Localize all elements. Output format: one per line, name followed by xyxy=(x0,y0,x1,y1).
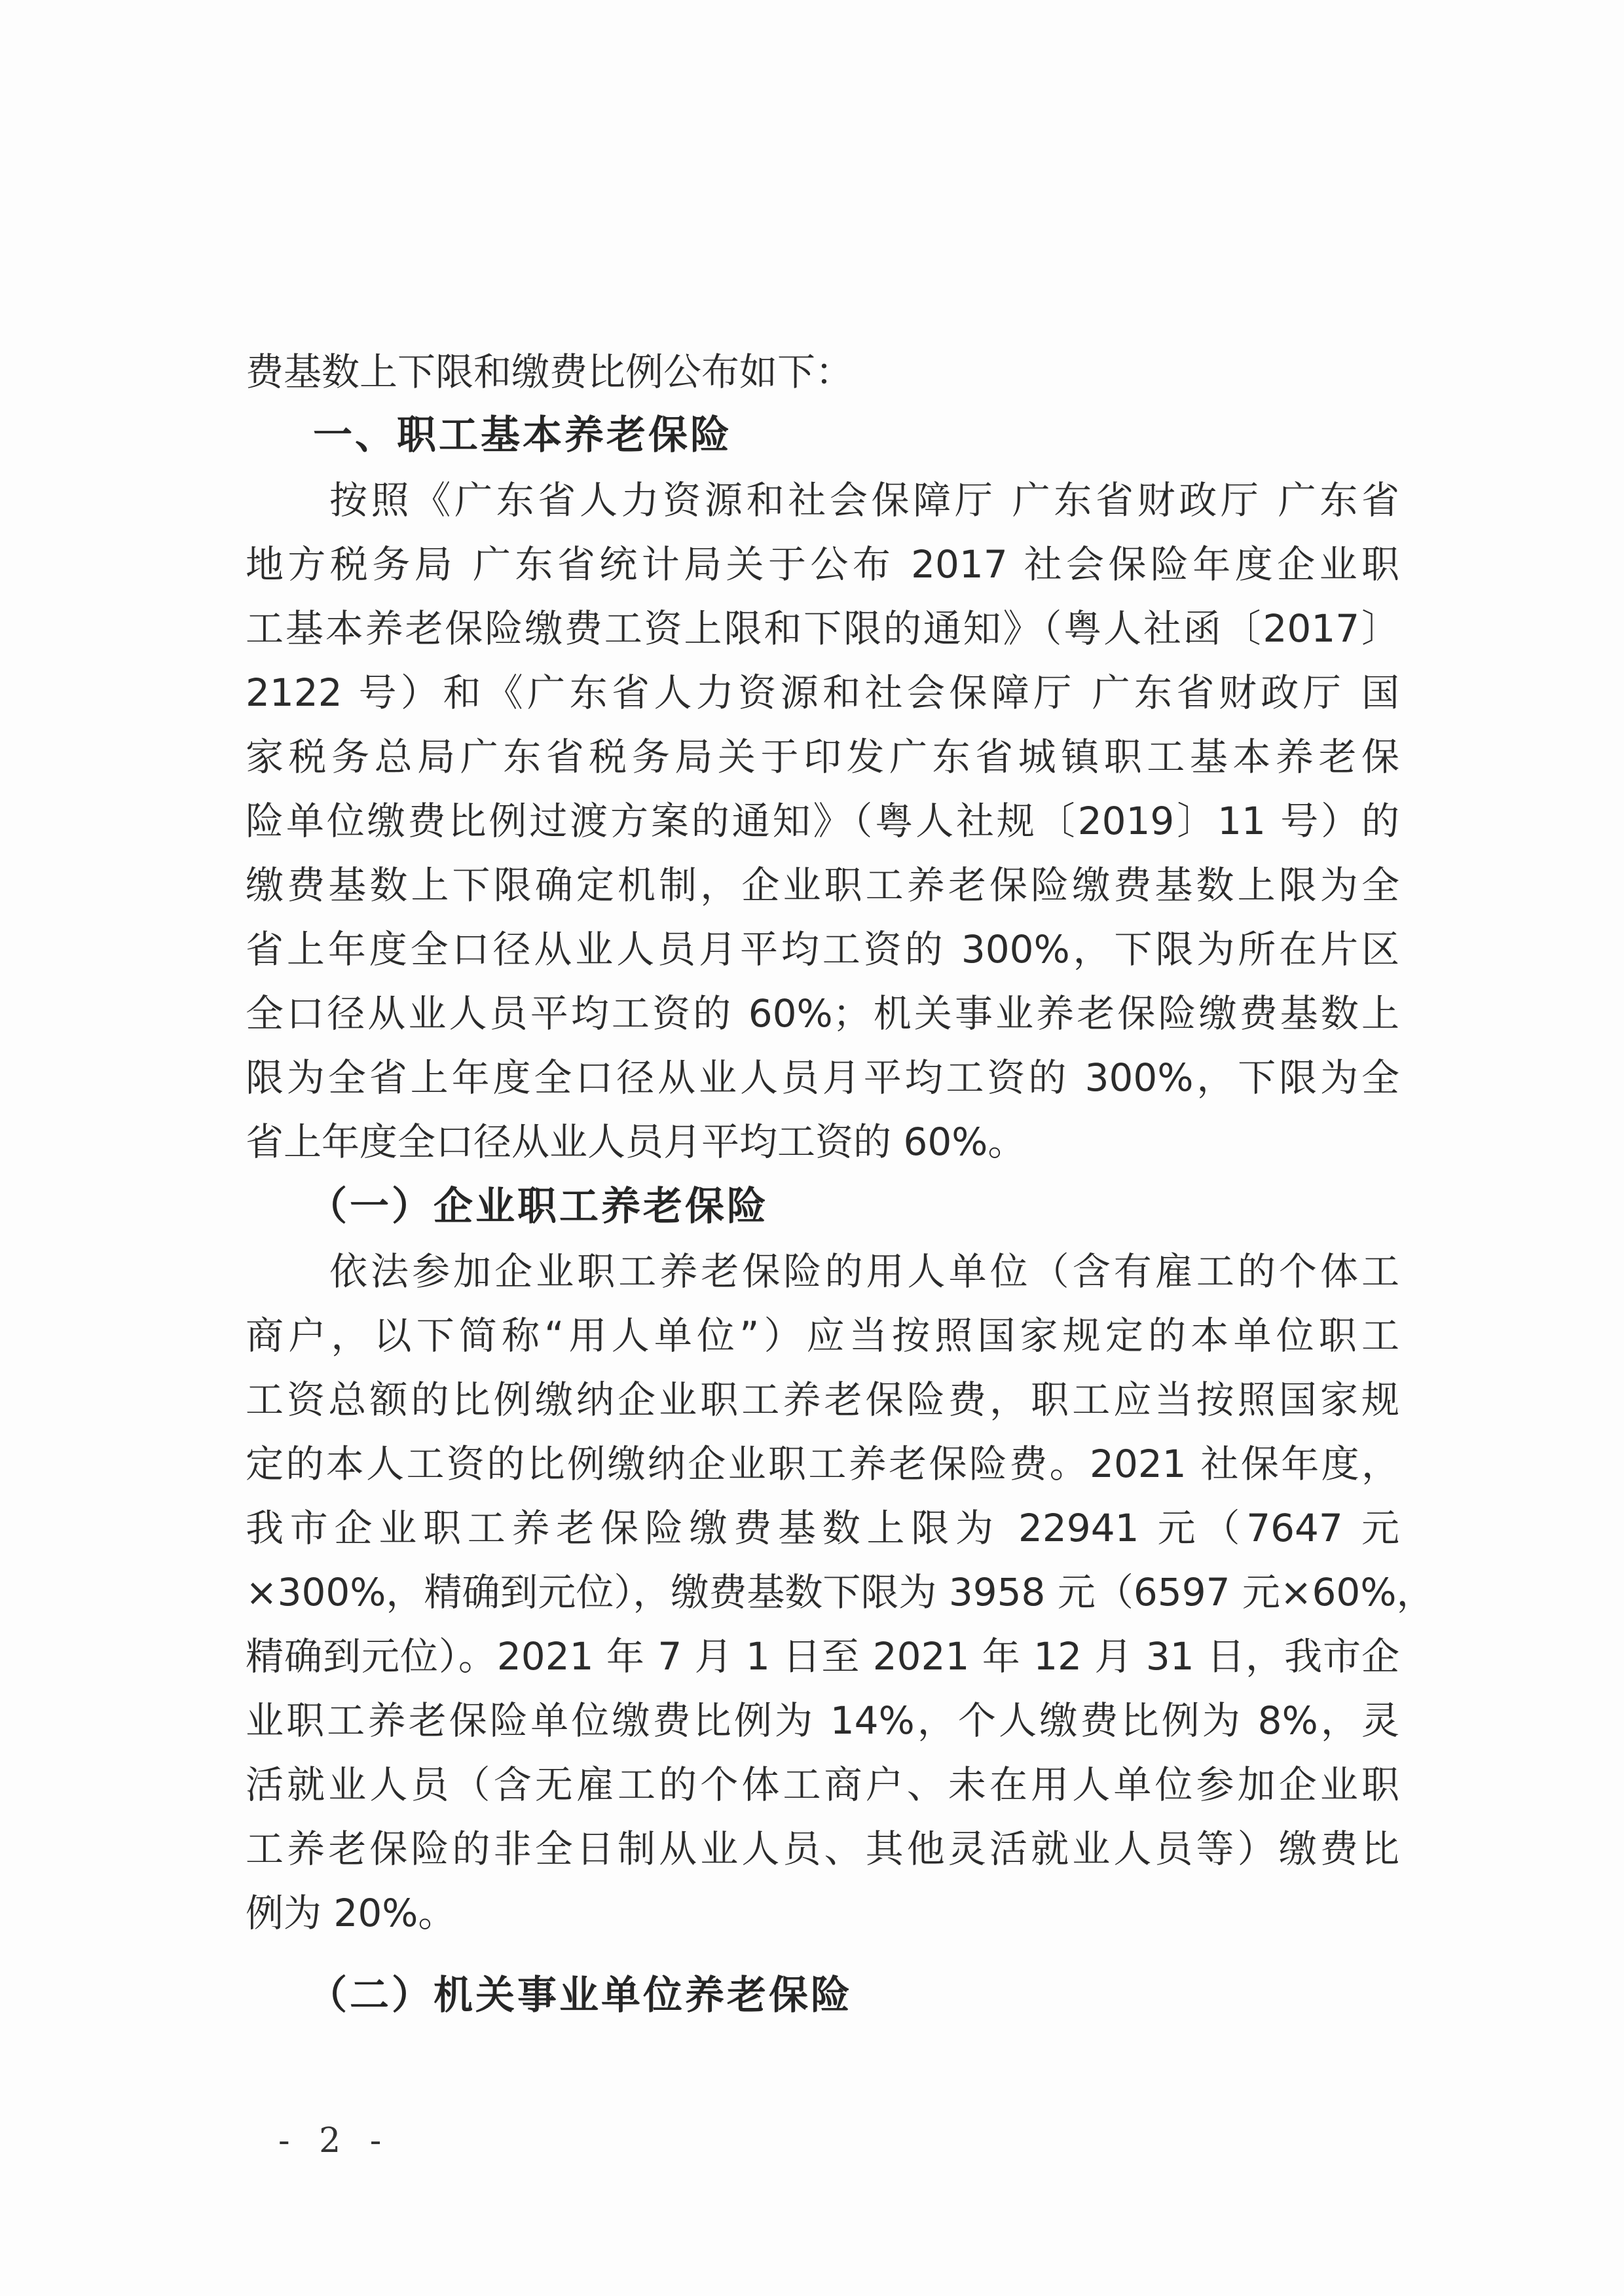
paragraph-line: 精确到元位）。2021 年 7 月 1 日至 2021 年 12 月 31 日，… xyxy=(246,1630,1399,1683)
document-page: 费基数上下限和缴费比例公布如下： 一、职工基本养老保险 按照《广东省人力资源和社… xyxy=(0,0,1624,2296)
paragraph-line: 险单位缴费比例过渡方案的通知》（粤人社规〔2019〕11 号）的 xyxy=(246,795,1399,847)
page-number: - 2 - xyxy=(278,2121,390,2160)
paragraph-line: 商户，以下简称“用人单位”）应当按照国家规定的本单位职工 xyxy=(246,1309,1399,1362)
subsection-heading-2: （二）机关事业单位养老保险 xyxy=(308,1969,853,2022)
paragraph-line: 例为 20%。 xyxy=(246,1887,1399,1939)
paragraph-line: 家税务总局广东省税务局关于印发广东省城镇职工基本养老保 xyxy=(246,731,1399,783)
paragraph-line: 省上年度全口径从业人员月平均工资的 300%，下限为所在片区 xyxy=(246,923,1399,975)
paragraph-line: 限为全省上年度全口径从业人员月平均工资的 300%，下限为全 xyxy=(246,1051,1399,1104)
paragraph-line: 工资总额的比例缴纳企业职工养老保险费，职工应当按照国家规 xyxy=(246,1374,1399,1426)
paragraph-line: 业职工养老保险单位缴费比例为 14%，个人缴费比例为 8%，灵 xyxy=(246,1694,1399,1747)
paragraph-line: 地方税务局 广东省统计局关于公布 2017 社会保险年度企业职 xyxy=(246,538,1399,591)
paragraph-line: ×300%，精确到元位），缴费基数下限为 3958 元（6597 元×60%， xyxy=(246,1566,1399,1618)
subsection-heading-1: （一）企业职工养老保险 xyxy=(308,1180,769,1233)
paragraph-line: 依法参加企业职工养老保险的用人单位（含有雇工的个体工 xyxy=(329,1245,1399,1298)
intro-line: 费基数上下限和缴费比例公布如下： xyxy=(246,346,1399,398)
paragraph-line: 2122 号）和《广东省人力资源和社会保障厅 广东省财政厅 国 xyxy=(246,666,1399,719)
paragraph-line: 我市企业职工养老保险缴费基数上限为 22941 元（7647 元 xyxy=(246,1502,1399,1554)
section-heading-1: 一、职工基本养老保险 xyxy=(313,409,732,462)
paragraph-line: 定的本人工资的比例缴纳企业职工养老保险费。2021 社保年度， xyxy=(246,1438,1399,1490)
paragraph-line: 按照《广东省人力资源和社会保障厅 广东省财政厅 广东省 xyxy=(329,474,1399,526)
paragraph-line: 全口径从业人员平均工资的 60%；机关事业养老保险缴费基数上 xyxy=(246,987,1399,1040)
paragraph-line: 省上年度全口径从业人员月平均工资的 60%。 xyxy=(246,1116,1399,1168)
paragraph-line: 工养老保险的非全日制从业人员、其他灵活就业人员等）缴费比 xyxy=(246,1823,1399,1875)
paragraph-line: 工基本养老保险缴费工资上限和下限的通知》（粤人社函〔2017〕 xyxy=(246,602,1399,655)
paragraph-line: 活就业人员（含无雇工的个体工商户、未在用人单位参加企业职 xyxy=(246,1758,1399,1811)
paragraph-line: 缴费基数上下限确定机制，企业职工养老保险缴费基数上限为全 xyxy=(246,859,1399,911)
